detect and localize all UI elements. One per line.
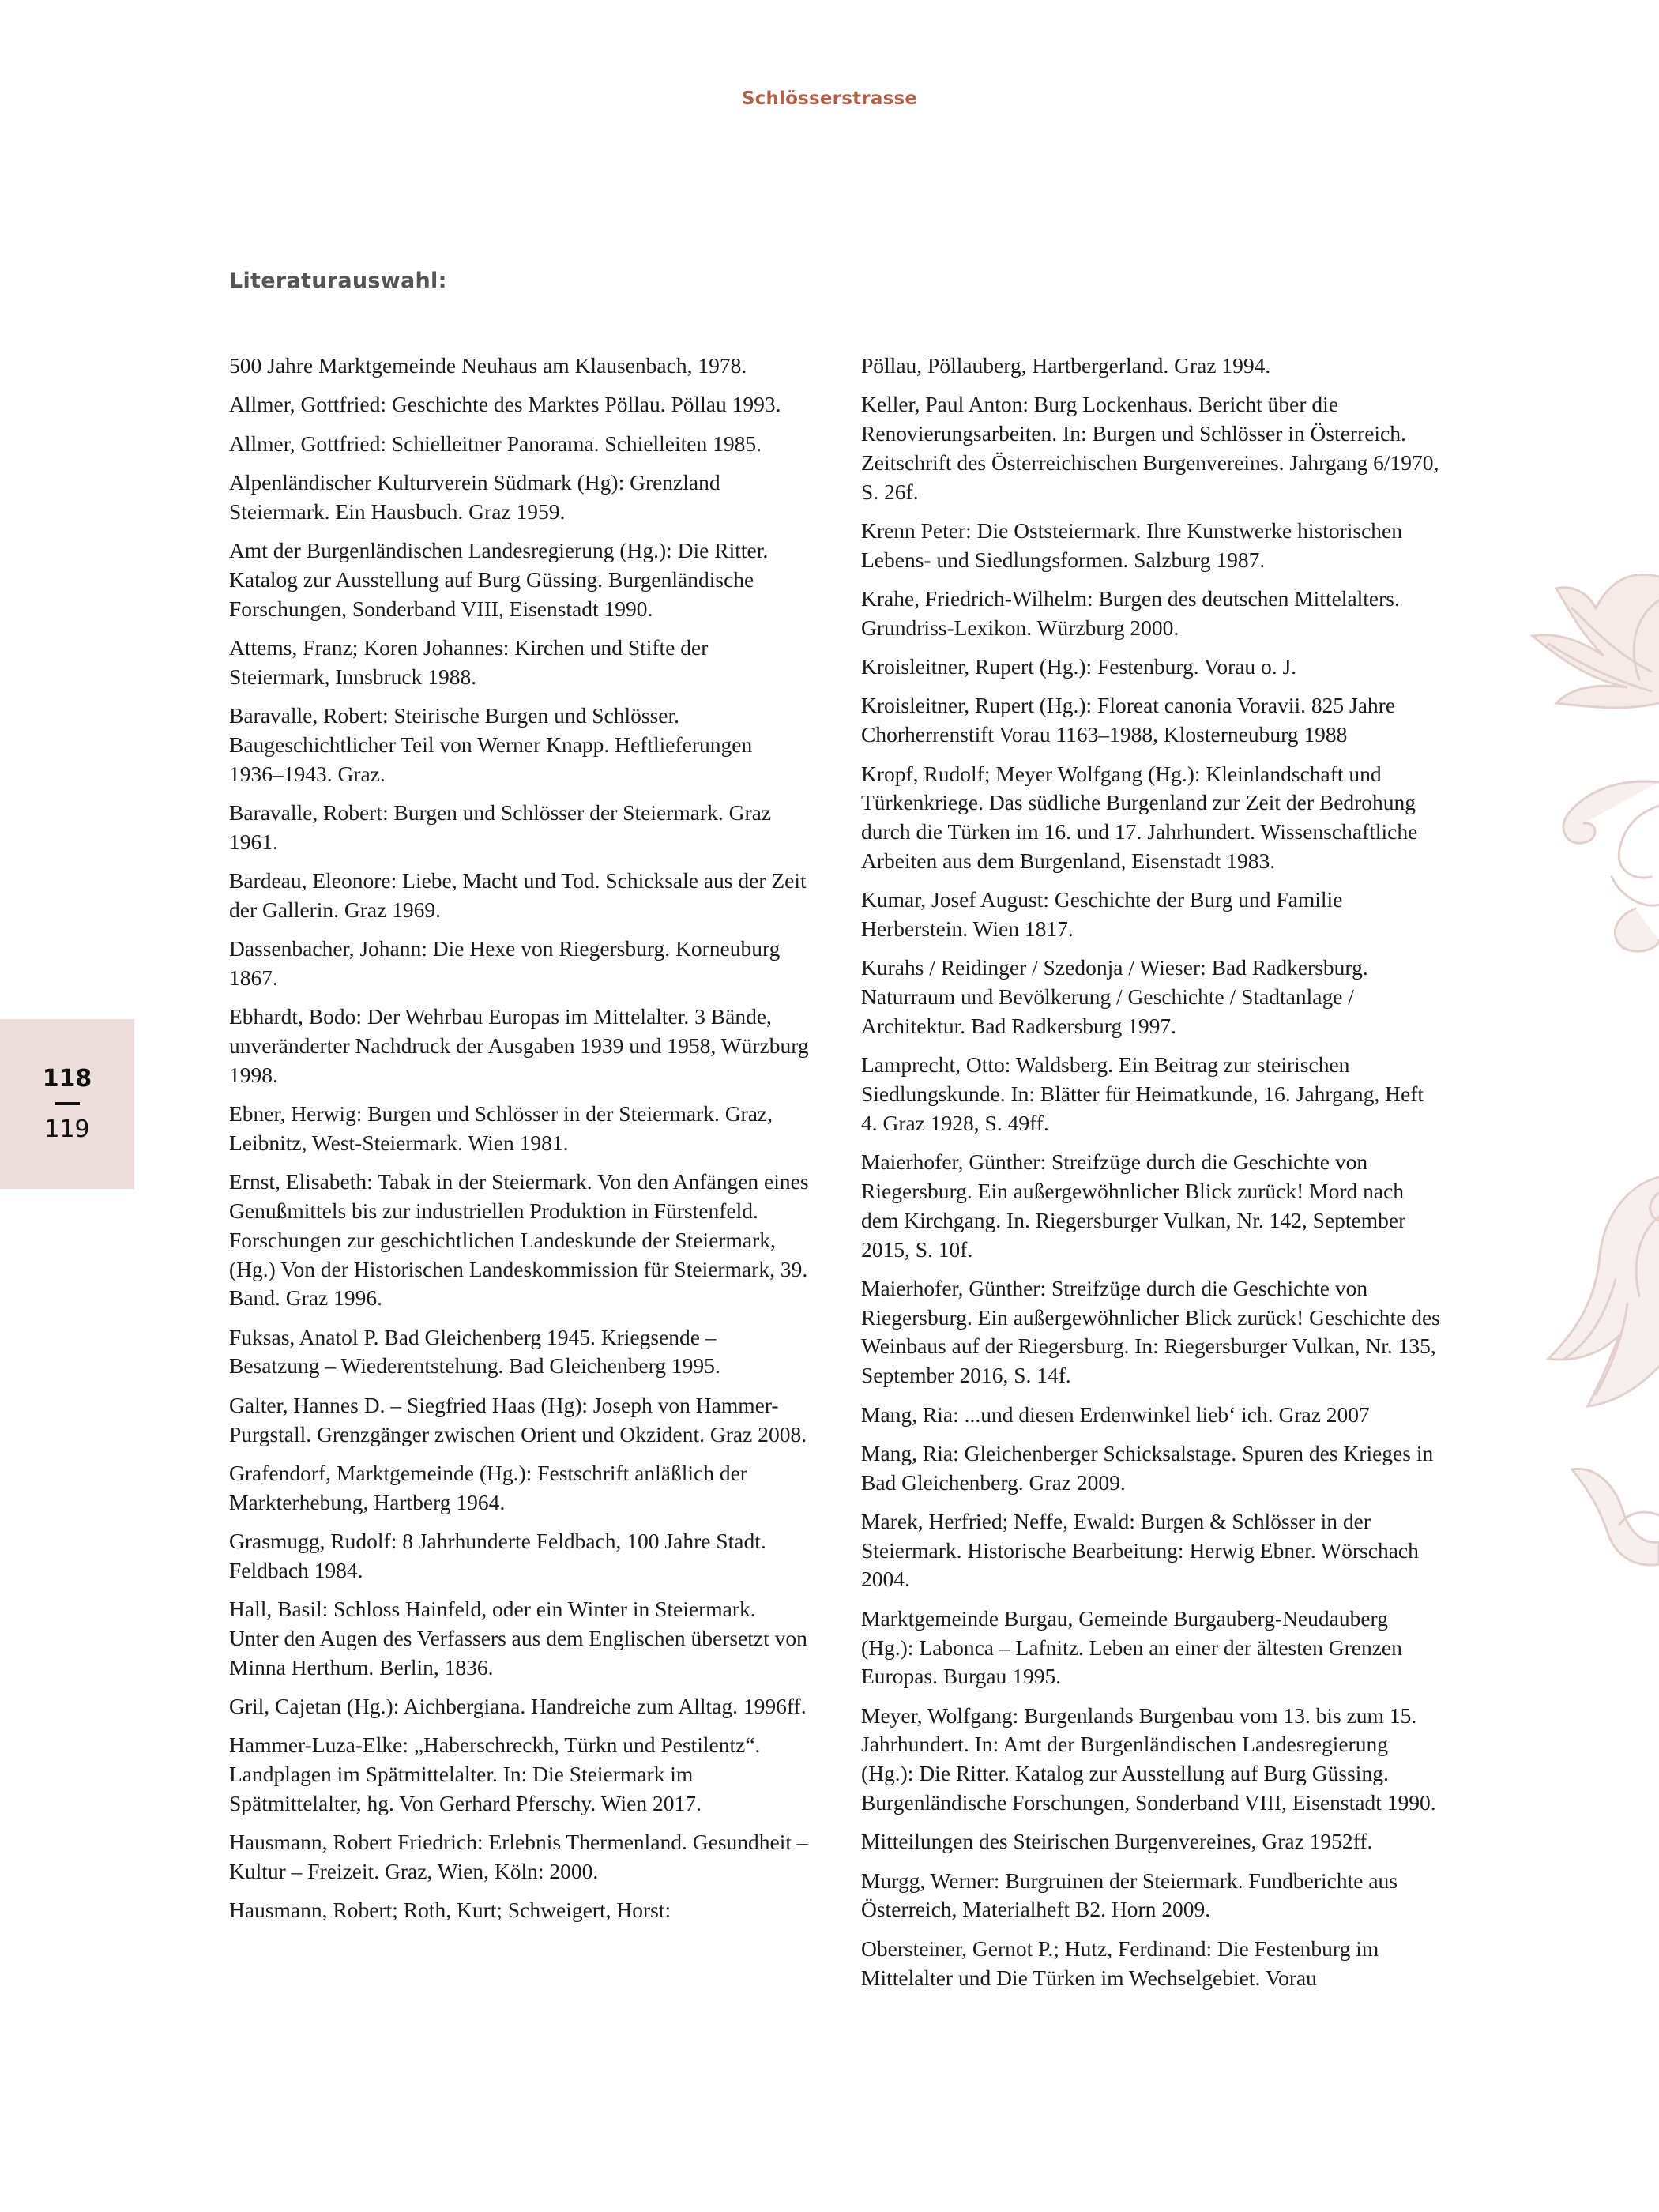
bibliography-entry: Fuksas, Anatol P. Bad Gleichenberg 1945.…	[229, 1323, 810, 1382]
baroque-acanthus-ornament-icon	[1469, 545, 1659, 1635]
section-title: Literaturauswahl:	[229, 269, 447, 293]
page-number-separator	[55, 1102, 80, 1105]
bibliography-entry: Maierhofer, Günther: Streifzüge durch di…	[861, 1274, 1442, 1390]
bibliography-entry: Grasmugg, Rudolf: 8 Jahrhunderte Feldbac…	[229, 1527, 810, 1586]
bibliography-entry: Baravalle, Robert: Burgen und Schlösser …	[229, 799, 810, 857]
bibliography-entry: Mang, Ria: ...und diesen Erdenwinkel lie…	[861, 1401, 1442, 1430]
bibliography-entry: 500 Jahre Marktgemeinde Neuhaus am Klaus…	[229, 352, 810, 381]
bibliography-entry: Krenn Peter: Die Oststeiermark. Ihre Kun…	[861, 517, 1442, 575]
bibliography-entry: Allmer, Gottfried: Schielleitner Panoram…	[229, 430, 810, 459]
bibliography-entry: Ebner, Herwig: Burgen und Schlösser in d…	[229, 1100, 810, 1158]
bibliography-entry: Kropf, Rudolf; Meyer Wolfgang (Hg.): Kle…	[861, 760, 1442, 876]
bibliography-entry: Hausmann, Robert; Roth, Kurt; Schweigert…	[229, 1896, 810, 1925]
bibliography-entry: Dassenbacher, Johann: Die Hexe von Riege…	[229, 935, 810, 993]
bibliography-entry: Meyer, Wolfgang: Burgenlands Burgenbau v…	[861, 1702, 1442, 1818]
bibliography-entry: Kurahs / Reidinger / Szedonja / Wieser: …	[861, 954, 1442, 1040]
bibliography-entry: Allmer, Gottfried: Geschichte des Markte…	[229, 390, 810, 419]
bibliography-entry: Grafendorf, Marktgemeinde (Hg.): Festsch…	[229, 1459, 810, 1518]
bibliography-entry: Galter, Hannes D. – Siegfried Haas (Hg):…	[229, 1391, 810, 1450]
bibliography-entry: Kroisleitner, Rupert (Hg.): Floreat cano…	[861, 691, 1442, 750]
bibliography-entry: Hammer-Luza-Elke: „Haberschreckh, Türkn …	[229, 1731, 810, 1818]
bibliography-entry: Mitteilungen des Steirischen Burgenverei…	[861, 1827, 1442, 1856]
bibliography-entry: Bardeau, Eleonore: Liebe, Macht und Tod.…	[229, 867, 810, 925]
bibliography-entry: Lamprecht, Otto: Waldsberg. Ein Beitrag …	[861, 1051, 1442, 1138]
bibliography-entry: Murgg, Werner: Burgruinen der Steiermark…	[861, 1867, 1442, 1925]
bibliography-entry: Kroisleitner, Rupert (Hg.): Festenburg. …	[861, 653, 1442, 682]
bibliography-entry: Krahe, Friedrich-Wilhelm: Burgen des deu…	[861, 585, 1442, 643]
bibliography-entry: Obersteiner, Gernot P.; Hutz, Ferdinand:…	[861, 1935, 1442, 1993]
bibliography-entry: Hausmann, Robert Friedrich: Erlebnis The…	[229, 1828, 810, 1887]
bibliography-entry: Ebhardt, Bodo: Der Wehrbau Europas im Mi…	[229, 1003, 810, 1089]
page-number-current: 118	[43, 1066, 92, 1093]
bibliography-entry: Baravalle, Robert: Steirische Burgen und…	[229, 702, 810, 788]
bibliography-column-right: Pöllau, Pöllauberg, Hartbergerland. Graz…	[861, 352, 1442, 2003]
page-number-tab: 118 119	[0, 1019, 134, 1189]
bibliography-entry: Pöllau, Pöllauberg, Hartbergerland. Graz…	[861, 352, 1442, 381]
bibliography-entry: Marek, Herfried; Neffe, Ewald: Burgen & …	[861, 1507, 1442, 1594]
bibliography-entry: Marktgemeinde Burgau, Gemeinde Burgauber…	[861, 1604, 1442, 1691]
bibliography-entry: Hall, Basil: Schloss Hainfeld, oder ein …	[229, 1595, 810, 1682]
bibliography-entry: Alpenländischer Kulturverein Südmark (Hg…	[229, 468, 810, 527]
bibliography-entry: Keller, Paul Anton: Burg Lockenhaus. Ber…	[861, 390, 1442, 506]
bibliography-entry: Ernst, Elisabeth: Tabak in der Steiermar…	[229, 1168, 810, 1313]
bibliography-entry: Gril, Cajetan (Hg.): Aichbergiana. Handr…	[229, 1692, 810, 1721]
bibliography-entry: Attems, Franz; Koren Johannes: Kirchen u…	[229, 634, 810, 692]
bibliography-entry: Mang, Ria: Gleichenberger Schicksalstage…	[861, 1439, 1442, 1498]
bibliography-entry: Maierhofer, Günther: Streifzüge durch di…	[861, 1148, 1442, 1264]
bibliography-entry: Amt der Burgenländischen Landesregierung…	[229, 536, 810, 623]
running-header: Schlösserstrasse	[0, 88, 1659, 109]
bibliography-column-left: 500 Jahre Marktgemeinde Neuhaus am Klaus…	[229, 352, 810, 1935]
bibliography-entry: Kumar, Josef August: Geschichte der Burg…	[861, 886, 1442, 944]
page-number-next: 119	[44, 1116, 89, 1143]
